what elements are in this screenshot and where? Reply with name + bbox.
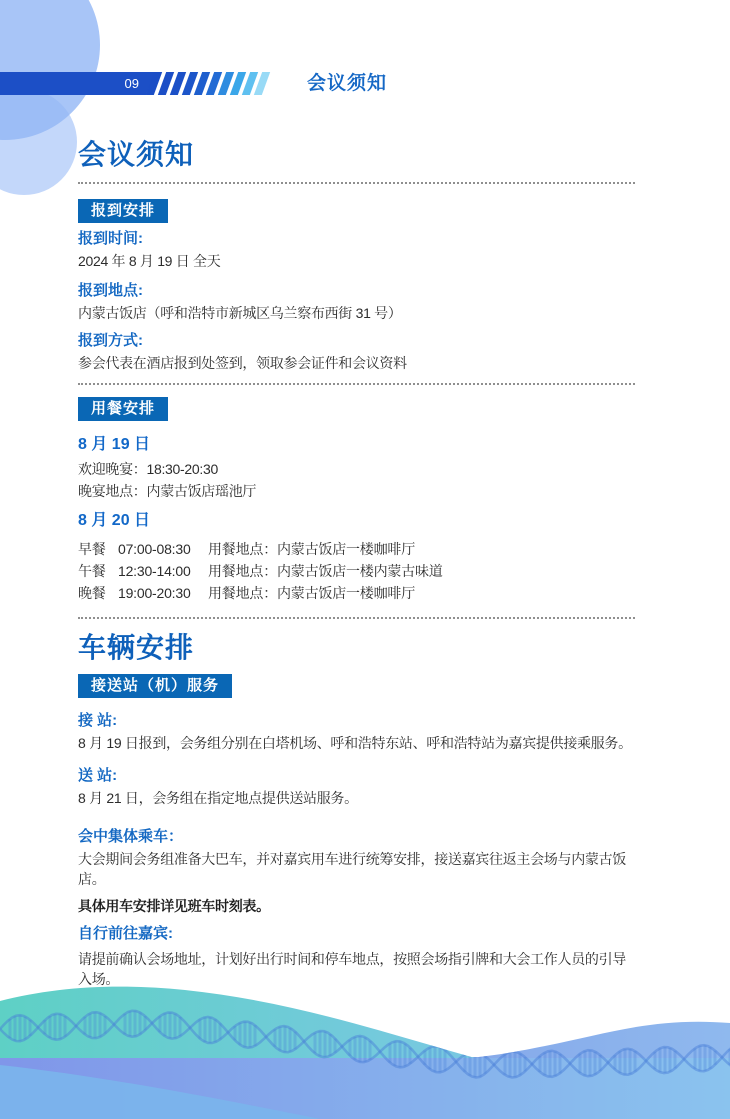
registration-method-label: 报到方式: [78,331,638,351]
meal-time: 12:30-14:00 [118,560,208,582]
section-title-meeting-notice: 会议须知 [78,138,638,172]
group-transit-bold-note: 具体用车安排详见班车时刻表。 [78,896,638,916]
document-page: 09 会议须知 会议须知 报到安排 报到时间: 2024 年 8 月 19 日 … [0,0,730,1119]
meal-place: 用餐地点：内蒙古饭店一楼咖啡厅 [208,582,415,604]
meal-row-breakfast: 早餐 07:00-08:30 用餐地点：内蒙古饭店一楼咖啡厅 [78,538,638,560]
registration-place-text: 内蒙古饭店（呼和浩特市新城区乌兰察布西街 31 号） [78,303,638,323]
registration-method-text: 参会代表在酒店报到处签到，领取参会证件和会议资料 [78,353,638,373]
badge-dining: 用餐安排 [78,397,168,421]
pickup-label: 接 站: [78,711,638,731]
pickup-text: 8 月 19 日报到，会务组分别在白塔机场、呼和浩特东站、呼和浩特站为嘉宾提供接… [78,733,638,753]
meal-name: 晚餐 [78,582,118,604]
section-title-vehicle: 车辆安排 [78,631,638,665]
meal-time: 07:00-08:30 [118,538,208,560]
meal-place: 用餐地点：内蒙古饭店一楼内蒙古味道 [208,560,443,582]
dotted-divider [78,617,635,619]
meal-name: 早餐 [78,538,118,560]
dinner-time-text: 欢迎晚宴：18:30-20:30 [78,458,638,480]
meal-name: 午餐 [78,560,118,582]
dropoff-text: 8 月 21 日，会务组在指定地点提供送站服务。 [78,788,638,808]
dropoff-label: 送 站: [78,766,638,786]
badge-registration: 报到安排 [78,199,168,223]
dining-date-aug20: 8 月 20 日 [78,510,638,532]
dining-date-aug19: 8 月 19 日 [78,434,638,456]
meal-place: 用餐地点：内蒙古饭店一楼咖啡厅 [208,538,415,560]
group-transit-text: 大会期间会务组准备大巴车，并对嘉宾用车进行统筹安排，接送嘉宾往返主会场与内蒙古饭… [78,849,638,889]
meal-row-dinner: 晚餐 19:00-20:30 用餐地点：内蒙古饭店一楼咖啡厅 [78,582,638,604]
dinner-place-text: 晚宴地点：内蒙古饭店瑶池厅 [78,480,638,502]
registration-time-label: 报到时间: [78,229,638,249]
dotted-divider [78,383,635,385]
meal-row-lunch: 午餐 12:30-14:00 用餐地点：内蒙古饭店一楼内蒙古味道 [78,560,638,582]
group-transit-label: 会中集体乘车： [78,827,638,847]
self-arrival-text: 请提前确认会场地址，计划好出行时间和停车地点，按照会场指引牌和大会工作人员的引导… [78,949,638,989]
registration-place-label: 报到地点: [78,281,638,301]
registration-time-text: 2024 年 8 月 19 日 全天 [78,251,638,271]
badge-shuttle-service: 接送站（机）服务 [78,674,232,698]
self-arrival-label: 自行前往嘉宾: [78,924,638,944]
page-content: 会议须知 报到安排 报到时间: 2024 年 8 月 19 日 全天 报到地点:… [78,0,638,989]
footer-wave-decoration [0,979,730,1119]
meal-time: 19:00-20:30 [118,582,208,604]
dotted-divider [78,182,635,184]
